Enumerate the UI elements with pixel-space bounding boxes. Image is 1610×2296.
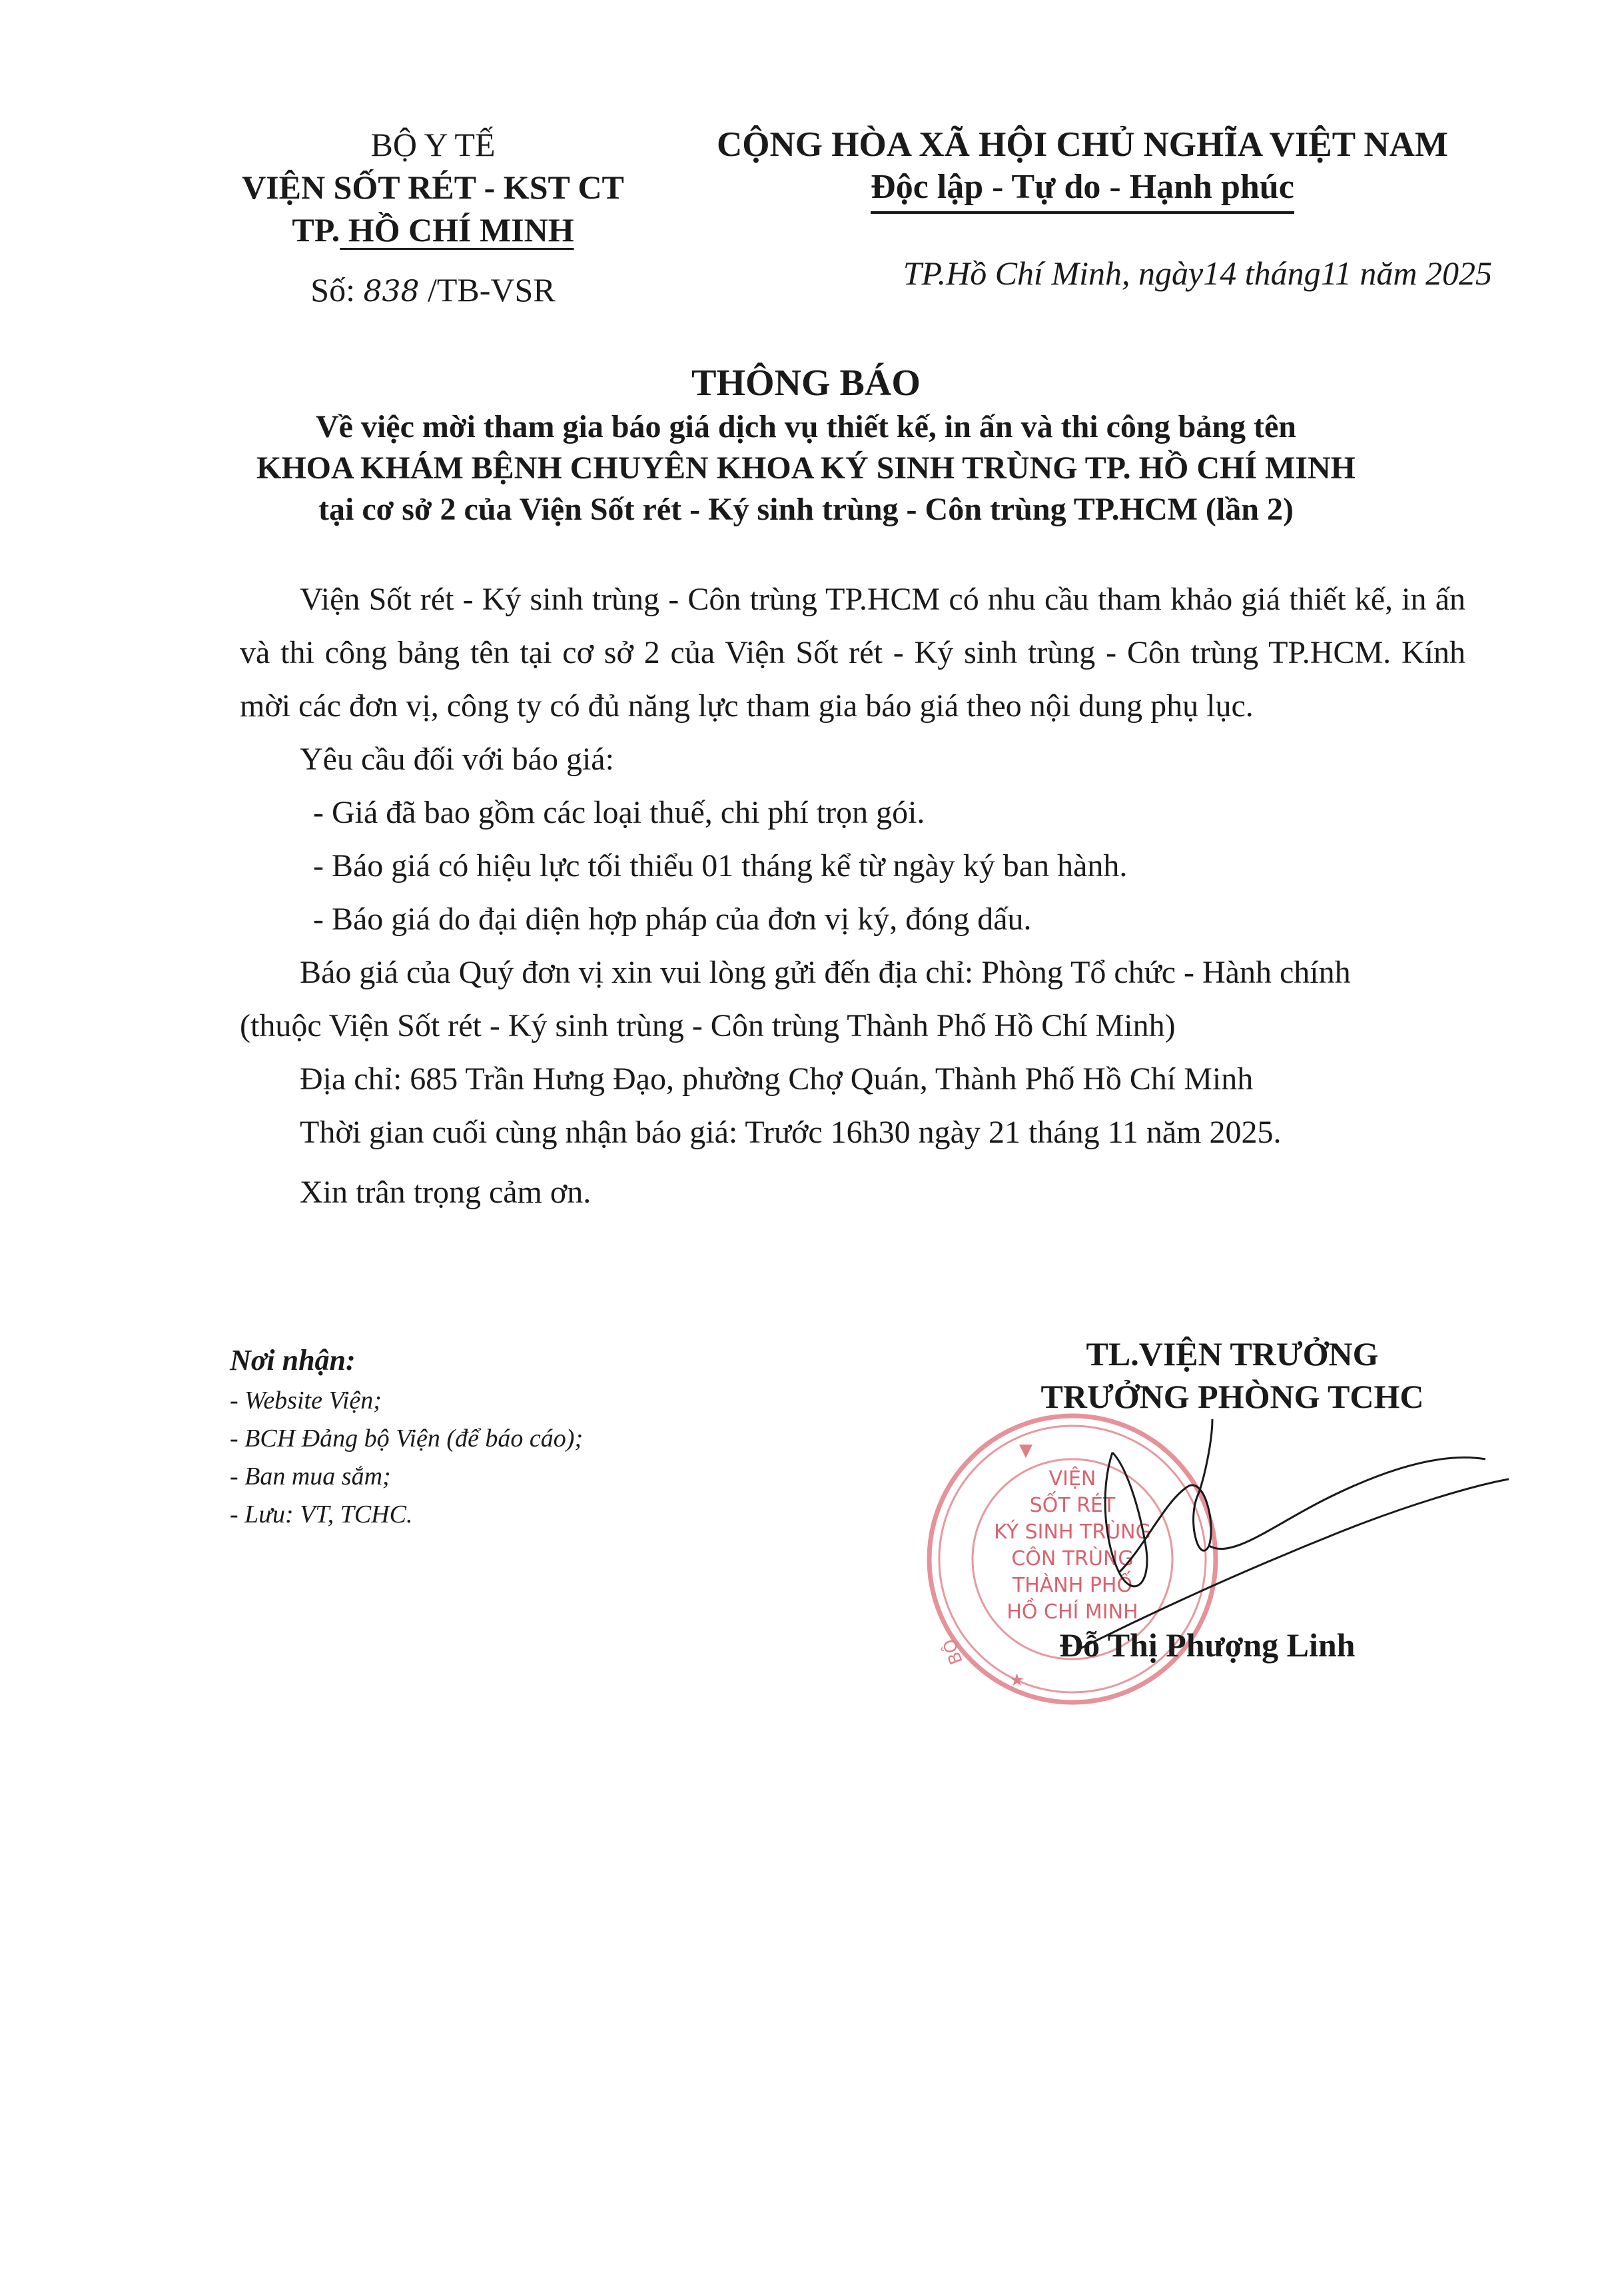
recipients-block: Nơi nhận: - Website Viện; - BCH Đảng bộ … bbox=[230, 1339, 829, 1534]
date-month: 11 bbox=[1321, 255, 1352, 292]
date-day: 14 bbox=[1203, 255, 1236, 292]
subject-line-2: KHOA KHÁM BỆNH CHUYÊN KHOA KÝ SINH TRÙNG… bbox=[200, 448, 1412, 489]
recipient-item: - Ban mua sắm; bbox=[230, 1458, 829, 1496]
national-motto: Độc lập - Tự do - Hạnh phúc bbox=[673, 166, 1492, 209]
document-title-block: THÔNG BÁO Về việc mời tham gia báo giá d… bbox=[200, 360, 1412, 530]
country-name: CỘNG HÒA XÃ HỘI CHỦ NGHĨA VIỆT NAM bbox=[673, 123, 1492, 166]
send-to-line-continued: (thuộc Viện Sốt rét - Ký sinh trùng - Cô… bbox=[240, 999, 1465, 1053]
recipients-heading: Nơi nhận: bbox=[230, 1339, 829, 1382]
intro-paragraph: Viện Sốt rét - Ký sinh trùng - Côn trùng… bbox=[240, 573, 1465, 733]
requirements-heading: Yêu cầu đối với báo giá: bbox=[240, 733, 1465, 786]
subject-line-3: tại cơ sở 2 của Viện Sốt rét - Ký sinh t… bbox=[200, 489, 1412, 530]
recipient-item: - Lưu: VT, TCHC. bbox=[230, 1496, 829, 1534]
national-header: CỘNG HÒA XÃ HỘI CHỦ NGHĨA VIỆT NAM Độc l… bbox=[673, 123, 1492, 209]
signature-block: TL.VIỆN TRƯỞNG TRƯỞNG PHÒNG TCHC Đỗ Thị … bbox=[986, 1333, 1479, 1418]
svg-text:★: ★ bbox=[1009, 1670, 1024, 1690]
recipient-item: - Website Viện; bbox=[230, 1382, 829, 1420]
institute-name: VIỆN SỐT RÉT - KST CT bbox=[200, 166, 666, 209]
requirement-item: - Báo giá do đại diện hợp pháp của đơn v… bbox=[240, 893, 1465, 946]
requirement-item: - Báo giá có hiệu lực tối thiểu 01 tháng… bbox=[240, 840, 1465, 893]
signer-title-1: TL.VIỆN TRƯỞNG bbox=[986, 1333, 1479, 1375]
handwritten-signature-icon bbox=[1072, 1413, 1512, 1652]
handwritten-number: 838 bbox=[364, 275, 420, 308]
institute-city: TP. HỒ CHÍ MINH bbox=[200, 209, 666, 251]
deadline-line: Thời gian cuối cùng nhận báo giá: Trước … bbox=[240, 1106, 1465, 1159]
signer-title-2: TRƯỞNG PHÒNG TCHC bbox=[986, 1375, 1479, 1418]
document-body: Viện Sốt rét - Ký sinh trùng - Côn trùng… bbox=[240, 573, 1465, 1219]
issuing-authority: BỘ Y TẾ VIỆN SỐT RÉT - KST CT TP. HỒ CHÍ… bbox=[200, 123, 666, 313]
thanks-line: Xin trân trọng cảm ơn. bbox=[240, 1166, 1465, 1219]
document-date: TP.Hồ Chí Minh, ngày14 tháng11 năm 2025 bbox=[826, 252, 1492, 294]
ministry-name: BỘ Y TẾ bbox=[200, 123, 666, 166]
subject-line-1: Về việc mời tham gia báo giá dịch vụ thi… bbox=[200, 406, 1412, 448]
address-line: Địa chỉ: 685 Trần Hưng Đạo, phường Chợ Q… bbox=[240, 1053, 1465, 1106]
document-number: Số: 838 /TB-VSR bbox=[200, 269, 666, 313]
recipient-item: - BCH Đảng bộ Viện (để báo cáo); bbox=[230, 1420, 829, 1458]
send-to-line: Báo giá của Quý đơn vị xin vui lòng gửi … bbox=[240, 946, 1465, 999]
document-title: THÔNG BÁO bbox=[200, 360, 1412, 406]
svg-text:BỘ: BỘ bbox=[939, 1636, 967, 1668]
svg-text:▼: ▼ bbox=[1019, 1440, 1032, 1460]
requirement-item: - Giá đã bao gồm các loại thuế, chi phí … bbox=[240, 786, 1465, 840]
